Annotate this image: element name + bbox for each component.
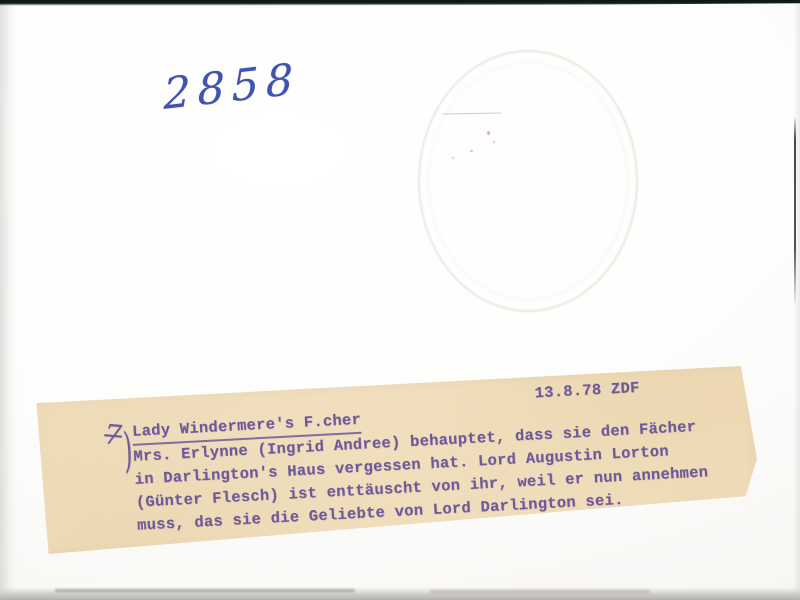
- left-edge-shadow: [0, 0, 17, 600]
- caption-text-block: 13.8.78 ZDF 7 ) Lady Windermere's F.cher…: [26, 361, 761, 560]
- caption-body: Lady Windermere's F.cher Mrs. Erlynne (I…: [132, 390, 711, 537]
- handwritten-archive-number: 2858: [163, 54, 300, 120]
- bottom-smudge: [430, 590, 650, 593]
- red-speck: [487, 131, 490, 135]
- faint-circular-stamp-inner: [428, 62, 628, 300]
- red-speck: [452, 157, 454, 159]
- top-edge-shadow: [0, 0, 800, 6]
- photo-back-scan: 2858 13.8.78 ZDF 7 ) Lady Windermere's F…: [0, 0, 800, 600]
- right-edge-line: [794, 116, 796, 306]
- caption-label-strip: 13.8.78 ZDF 7 ) Lady Windermere's F.cher…: [27, 363, 762, 557]
- handwritten-mark-digit: 7: [103, 421, 123, 449]
- red-speck: [470, 150, 473, 152]
- handwritten-mark: 7 ): [104, 421, 133, 449]
- bottom-smudge: [55, 589, 355, 592]
- red-speck: [493, 141, 495, 143]
